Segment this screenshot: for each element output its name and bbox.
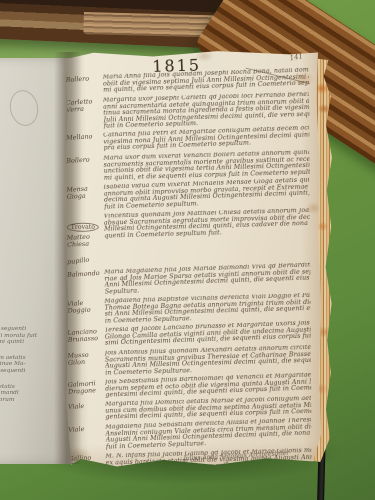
- burial-entry: Balmondo Maria Magdalena filia Jois Mari…: [67, 268, 310, 296]
- note-line: ta Figura seguenti: [0, 326, 54, 333]
- entry-margin-name: Balmondo: [67, 269, 104, 295]
- entry-text-lines: Magdalena filia Sebastiani derelicta All…: [105, 417, 312, 450]
- entry-text-lines: Magdalena filia Baptistae vicinalis dere…: [104, 293, 311, 325]
- note-line: li annorum aetatis: [0, 355, 54, 362]
- burial-entry: Musso Gilon Jois Antonius filius quondam…: [68, 349, 311, 377]
- note-cluster: decima aetatisJois Balsamandiillius anno…: [0, 384, 54, 410]
- margin-surname: Matteo Chiesa: [66, 232, 104, 248]
- note-line: randi die sequenti: [0, 368, 54, 375]
- circled-margin-note: Trovato: [67, 223, 99, 232]
- entry-margin-name: Bollero: [66, 156, 103, 182]
- register-page: 1815 141 Bollero Maria Anna filia Jois q…: [63, 49, 324, 469]
- note-line: illius annorum: [0, 397, 54, 404]
- note-line: Millesimi: [0, 403, 54, 410]
- margin-surname: Balmondo: [67, 268, 104, 278]
- entry-margin-name: Bollero: [66, 75, 103, 95]
- note-line: et Catharinae Ma-: [0, 361, 54, 368]
- photo-scene: ta Figura seguentiara Angeli morata fuit…: [0, 0, 375, 500]
- margin-surname: Mellano: [66, 132, 103, 142]
- left-page-marginal-notes: ta Figura seguentiara Angeli morata fuit…: [0, 326, 54, 419]
- entry-text-lines: Jois Antonius filius quondam Alexandri a…: [105, 344, 312, 376]
- burial-entry: Mensa Gioga Isabella vidua cum vixerat M…: [66, 183, 309, 211]
- entry-margin-name: Galmorii Dragone: [68, 379, 105, 399]
- entry-margin-name: Carletto Verra: [66, 97, 103, 130]
- burial-entry: Bollero Maria Anna filia Jois quondam Jo…: [66, 73, 309, 94]
- entry-margin-name: Mensa Gioga: [66, 185, 103, 211]
- margin-surname: Viale Doggio: [67, 297, 105, 313]
- margin-surname: Viale: [68, 401, 105, 411]
- entry-margin-name: Viale: [68, 425, 105, 451]
- burial-entry: Lanciano Brunasso Teresia qd Jacobi Lanc…: [67, 326, 310, 347]
- note-line: iter, decimi quinti: [0, 339, 54, 346]
- burial-entry: Mellano Catharina filia Petri et Margari…: [66, 132, 309, 153]
- entry-margin-name: Trovato Matteo Chiesa pupillo: [67, 214, 104, 266]
- note-cluster: ta Figura seguentiara Angeli morata fuit…: [0, 326, 54, 346]
- entry-text-lines: Teresia qd Jacobi Lanciano Brunasso et M…: [104, 320, 311, 347]
- note-line: decima aetatis: [0, 384, 54, 391]
- entry-text-lines: Margarita uxor Josephi Carletti qd Jacob…: [103, 92, 310, 130]
- entry-margin-name: Viale: [68, 402, 105, 422]
- entry-margin-name: Musso Gilon: [68, 350, 105, 376]
- entry-text-lines: Vincentius quondam Jois Matthaei Chiesa …: [104, 208, 311, 266]
- left-page: ta Figura seguentiara Angeli morata fuit…: [0, 58, 72, 464]
- burial-entry: Viale Magdalena filia Sebastiani derelic…: [68, 423, 311, 451]
- margin-surname: Galmorii Dragone: [68, 378, 106, 394]
- entry-margin-name: Lanciano Brunasso: [67, 328, 104, 348]
- margin-surname: Lanciano Brunasso: [67, 327, 105, 343]
- margin-surname: Musso Gilon: [67, 349, 105, 365]
- burial-entry: Carletto Verra Margarita uxor Josephi Ca…: [66, 96, 309, 130]
- entry-margin-name: Mellano: [66, 133, 103, 153]
- entry-text-lines: Catharina filia Petri et Margaritae coni…: [103, 126, 310, 153]
- margin-surname: Bollero: [66, 74, 103, 84]
- note-cluster: li annorum aetatiset Catharinae Ma-randi…: [0, 355, 54, 375]
- margin-surname: Viale: [68, 424, 105, 434]
- entry-text-lines: Jois Sebastianus filius Bartholomaei qd …: [105, 372, 312, 399]
- entries-list: Bollero Maria Anna filia Jois quondam Jo…: [66, 73, 312, 477]
- burial-entry: Trovato Matteo Chiesa pupillo Vincentius…: [67, 213, 310, 267]
- entry-text-lines: Isabella vidua cum vixerat Michaelis Men…: [103, 178, 310, 211]
- paper-watermark-ring: [7, 87, 42, 128]
- margin-surname: Bollero: [66, 155, 103, 165]
- entry-text-lines: Maria uxor dum vixerat Venancii Bolleri …: [103, 150, 310, 182]
- burial-entry: Viale Doggio Magdalena filia Baptistae v…: [67, 297, 310, 325]
- margin-surname: Mensa Gioga: [66, 184, 104, 200]
- note-line: Jois Balsamandi: [0, 390, 54, 397]
- margin-annotation: pupillo: [67, 255, 90, 265]
- note-line: ara Angeli morata fuit: [0, 333, 54, 340]
- entry-text-lines: Maria Magdalena filia Jois Mariae Balmon…: [104, 262, 311, 295]
- entry-margin-name: Viale Doggio: [67, 298, 104, 324]
- margin-surname: Carletto Verra: [66, 96, 104, 112]
